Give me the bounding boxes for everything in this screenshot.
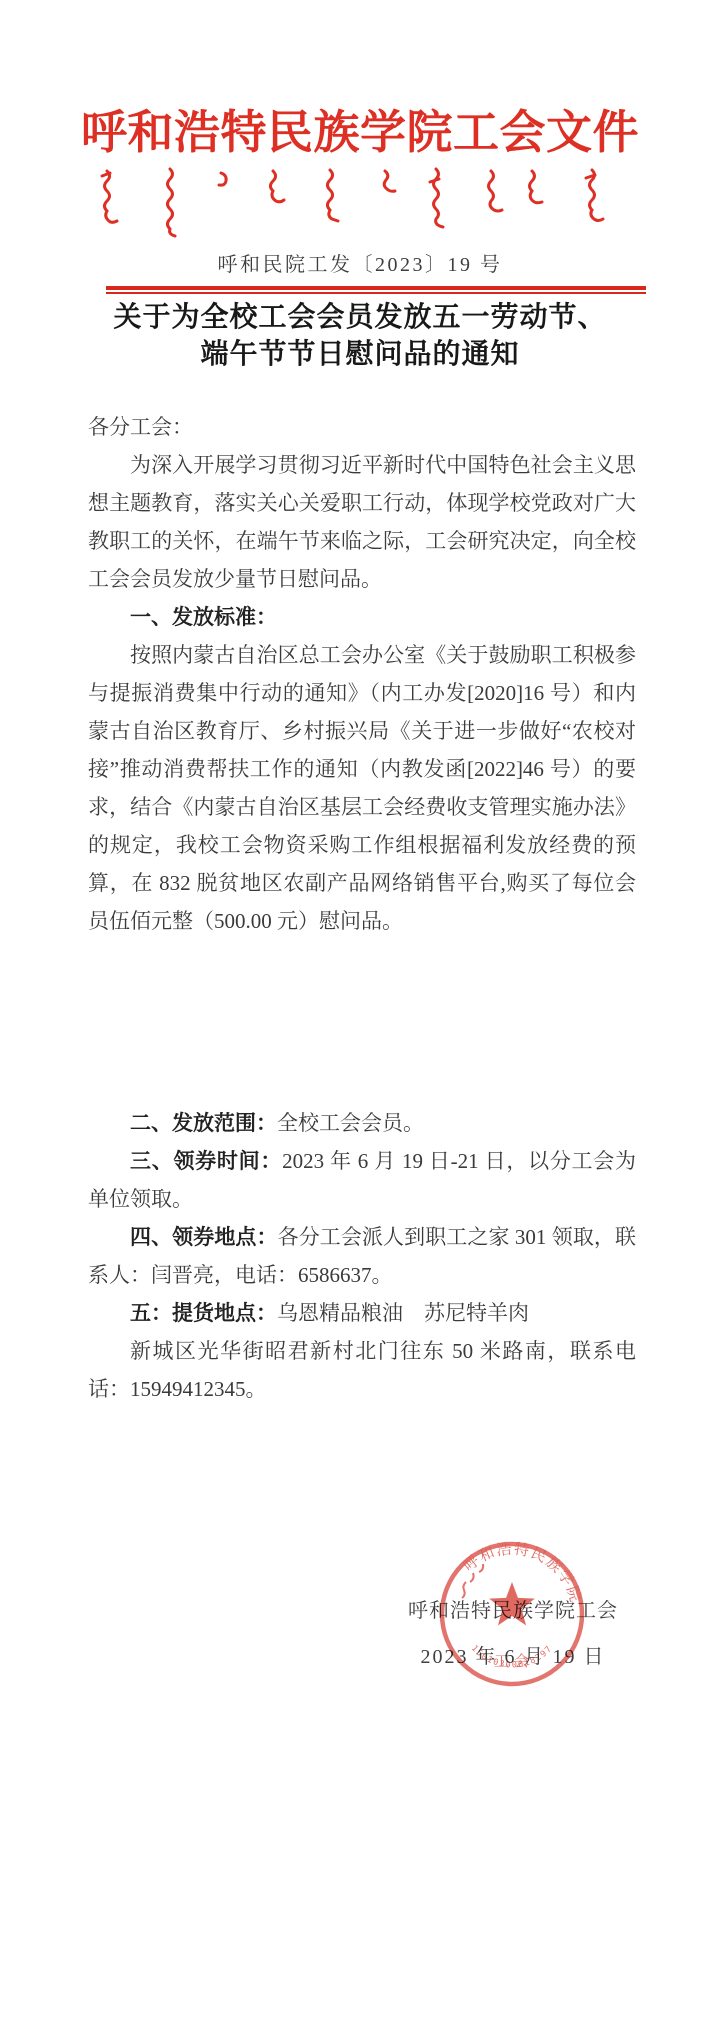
- document-title: 关于为全校工会会员发放五一劳动节、 端午节节日慰问品的通知: [0, 299, 720, 373]
- mongolian-glyph: [430, 179, 439, 182]
- mongolian-glyph: [489, 171, 503, 211]
- section1-text: 按照内蒙古自治区总工会办公室《关于鼓励职工积极参与提振消费集中行动的通知》（内工…: [88, 636, 636, 940]
- mongolian-glyph: [168, 169, 176, 236]
- section1-heading: 一、发放标准：: [88, 598, 636, 636]
- red-divider: [106, 286, 646, 294]
- letterhead-org-title: 呼和浩特民族学院工会文件: [0, 96, 720, 162]
- section3-label: 三、领券时间：: [130, 1149, 282, 1173]
- section4: 四、领券地点：各分工会派人到职工之家 301 领取，联系人：闫晋亮，电话：658…: [88, 1218, 636, 1294]
- salutation: 各分工会：: [88, 408, 636, 446]
- section5-detail: 新城区光华街昭君新村北门往东 50 米路南，联系电话：15949412345。: [88, 1332, 636, 1408]
- doc-number: 呼和民院工发〔2023〕19 号: [0, 248, 720, 277]
- official-stamp: 呼和浩特民族学院 工会 15010300018297: [432, 1534, 592, 1694]
- document-page: 呼和浩特民族学院工会文件 呼和民院工发〔2023〕19 号 关于为全校工会会员发…: [0, 0, 720, 2036]
- paragraph-intro: 为深入开展学习贯彻习近平新时代中国特色社会主义思想主题教育，落实关心关爱职工行动…: [88, 446, 636, 598]
- mongolian-glyph: [384, 171, 395, 191]
- section3: 三、领券时间：2023 年 6 月 19 日-21 日，以分工会为单位领取。: [88, 1142, 636, 1218]
- section5-label: 五：提货地点：: [130, 1301, 277, 1325]
- blank-gap: [88, 940, 636, 1104]
- section4-label: 四、领券地点：: [130, 1225, 278, 1249]
- section2: 二、发放范围：全校工会会员。: [88, 1104, 636, 1142]
- mongolian-glyph: [219, 173, 226, 185]
- section2-text: 全校工会会员。: [277, 1111, 424, 1135]
- document-title-line1: 关于为全校工会会员发放五一劳动节、: [0, 299, 720, 336]
- svg-text:呼和浩特民族学院: 呼和浩特民族学院: [460, 1541, 584, 1606]
- stamp-arc-text: 呼和浩特民族学院: [460, 1541, 584, 1606]
- section2-label: 二、发放范围：: [130, 1111, 277, 1135]
- mongolian-glyph: [530, 171, 543, 203]
- mongolian-glyph: [271, 171, 285, 202]
- document-body: 各分工会： 为深入开展学习贯彻习近平新时代中国特色社会主义思想主题教育，落实关心…: [88, 408, 636, 1408]
- mongolian-glyph: [105, 171, 118, 222]
- section5: 五：提货地点：乌恩精品粮油 苏尼特羊肉: [88, 1294, 636, 1332]
- document-title-line2: 端午节节日慰问品的通知: [0, 336, 720, 373]
- mongolian-glyph: [328, 170, 339, 221]
- mongolian-script-row: [85, 164, 645, 246]
- star-icon: [489, 1582, 535, 1625]
- section5-text: 乌恩精品粮油 苏尼特羊肉: [277, 1301, 529, 1325]
- divider-thin-bar: [106, 292, 646, 294]
